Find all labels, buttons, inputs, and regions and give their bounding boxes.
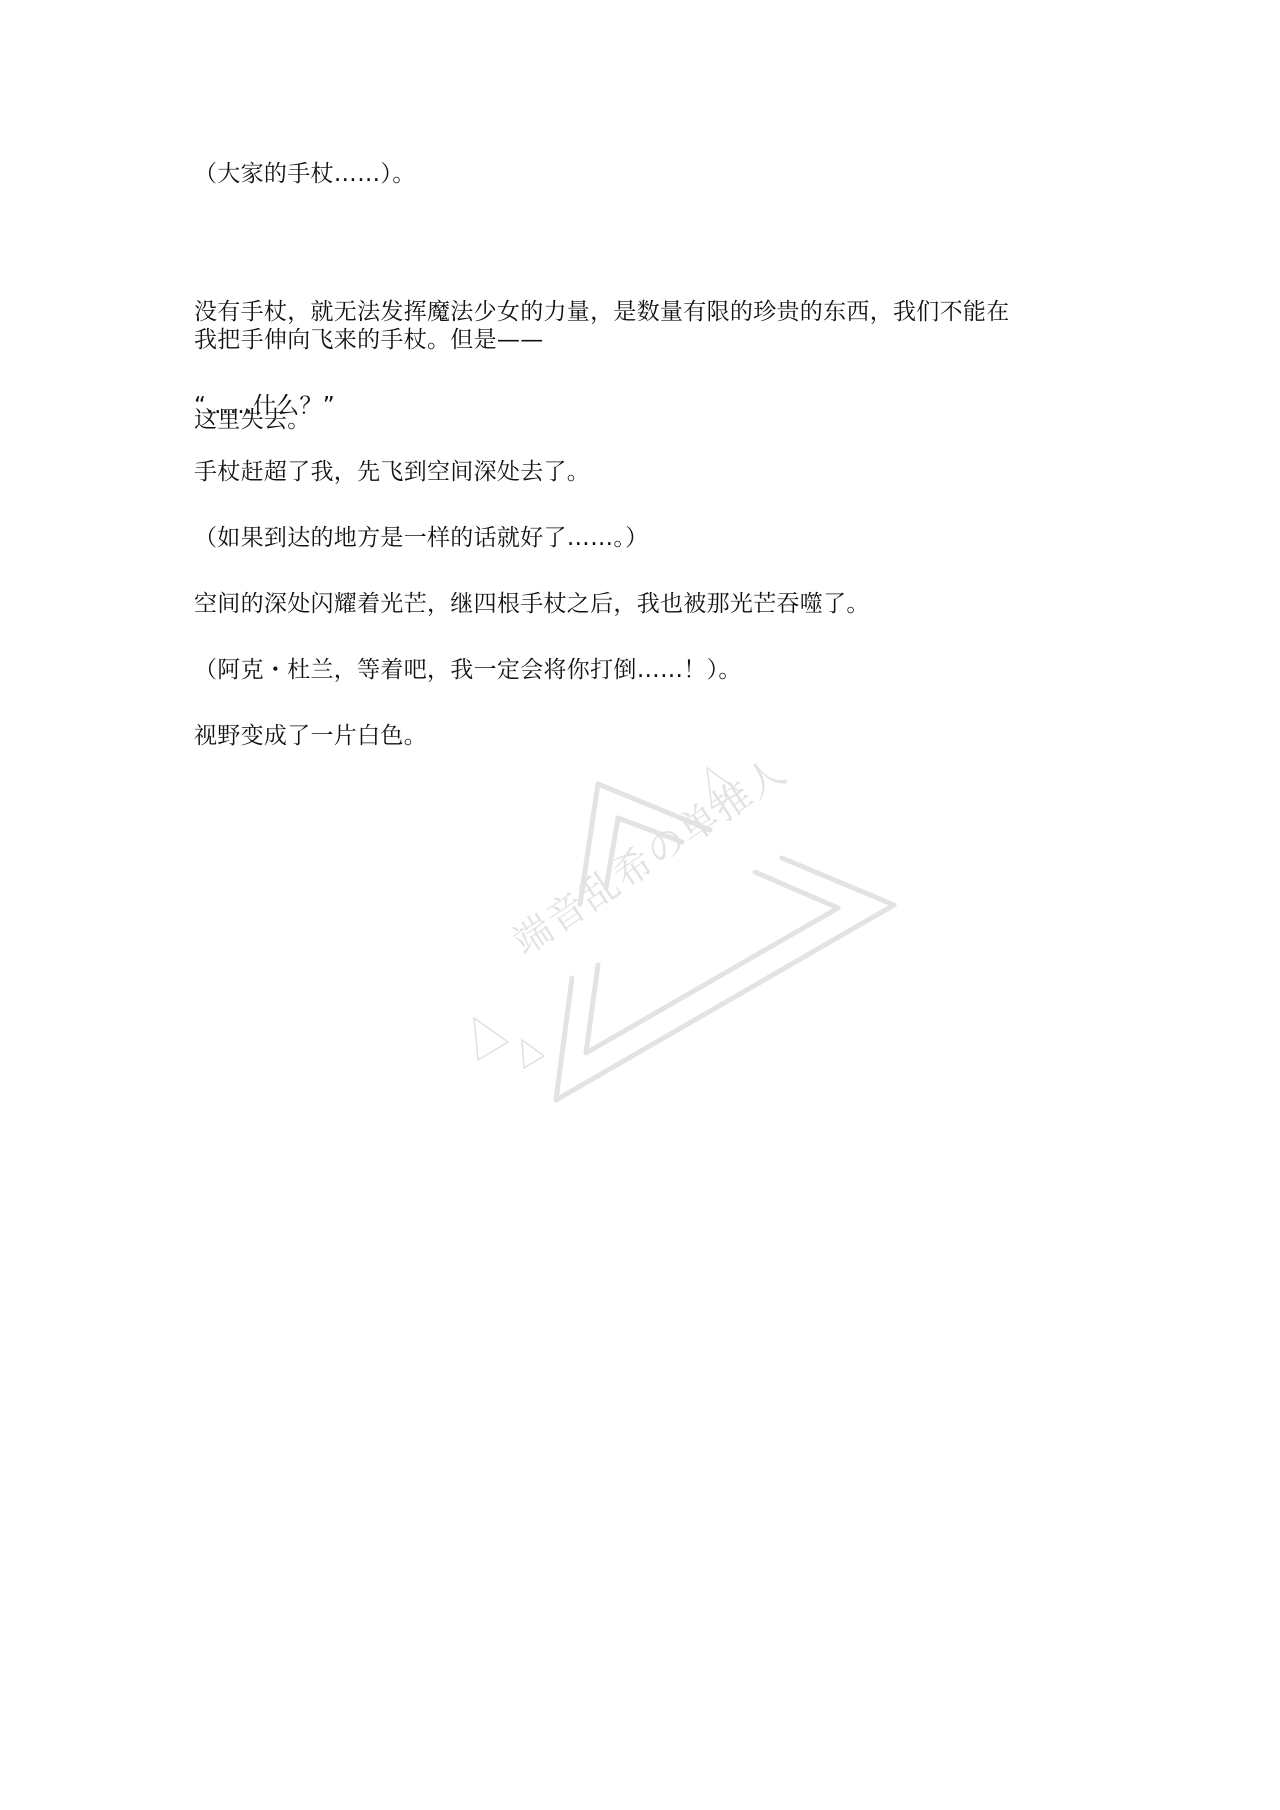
- paragraph-4: “……什么？”: [194, 388, 335, 424]
- paragraph-9: 视野变成了一片白色。: [194, 718, 427, 754]
- paragraph-5: 手杖赶超了我，先飞到空间深处去了。: [194, 454, 590, 490]
- watermark: 端音乱希の单推人: [460, 760, 920, 1120]
- paragraph-1: （大家的手杖……）。: [194, 156, 416, 192]
- paragraph-6: （如果到达的地方是一样的话就好了……。）: [194, 520, 649, 556]
- paragraph-7: 空间的深处闪耀着光芒，继四根手杖之后，我也被那光芒吞噬了。: [194, 586, 870, 622]
- paragraph-3: 我把手伸向飞来的手杖。但是——: [194, 322, 544, 358]
- triangle-logo-icon: [460, 760, 920, 1120]
- paragraph-8: （阿克・杜兰，等着吧，我一定会将你打倒……！）。: [194, 652, 742, 688]
- watermark-text: 端音乱希の单推人: [500, 741, 796, 966]
